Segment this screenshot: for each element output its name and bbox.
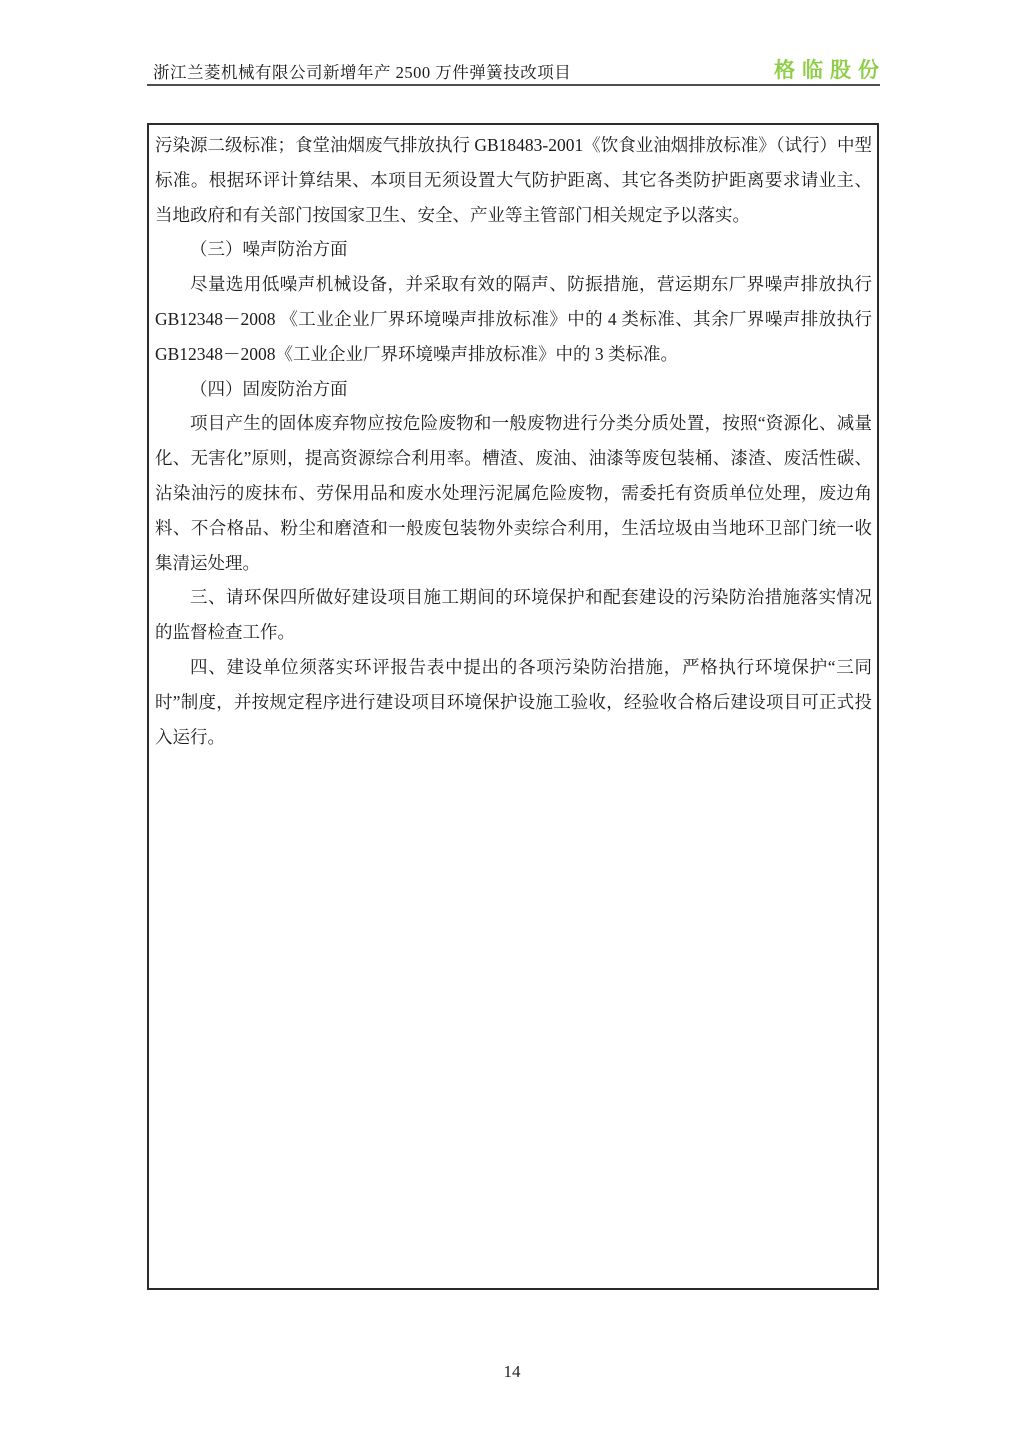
document-page: 浙江兰菱机械有限公司新增年产 2500 万件弹簧技改项目 格临股份 污染源二级标…	[0, 0, 1024, 1448]
company-logo-text: 格临股份	[774, 54, 886, 84]
paragraph-solid-waste-control: 项目产生的固体废弃物应按危险废物和一般废物进行分类分质处置，按照“资源化、减量化…	[155, 406, 872, 580]
paragraph-item-three-supervision: 三、请环保四所做好建设项目施工期间的环境保护和配套建设的污染防治措施落实情况的监…	[155, 580, 872, 650]
paragraph-item-four-acceptance: 四、建设单位须落实环评报告表中提出的各项污染防治措施，严格执行环境保护“三同时”…	[155, 650, 872, 754]
section-heading-noise-control: （三）噪声防治方面	[155, 232, 872, 267]
paragraph-standards-continuation: 污染源二级标准；食堂油烟废气排放执行 GB18483-2001《饮食业油烟排放标…	[155, 128, 872, 232]
section-heading-solid-waste-control: （四）固废防治方面	[155, 372, 872, 407]
page-number: 14	[0, 1362, 1024, 1382]
header-project-title: 浙江兰菱机械有限公司新增年产 2500 万件弹簧技改项目	[153, 59, 571, 83]
paragraph-noise-control: 尽量选用低噪声机械设备，并采取有效的隔声、防振措施，营运期东厂界噪声排放执行GB…	[155, 267, 872, 371]
header-divider-line	[147, 84, 880, 86]
document-body: 污染源二级标准；食堂油烟废气排放执行 GB18483-2001《饮食业油烟排放标…	[147, 123, 879, 1290]
